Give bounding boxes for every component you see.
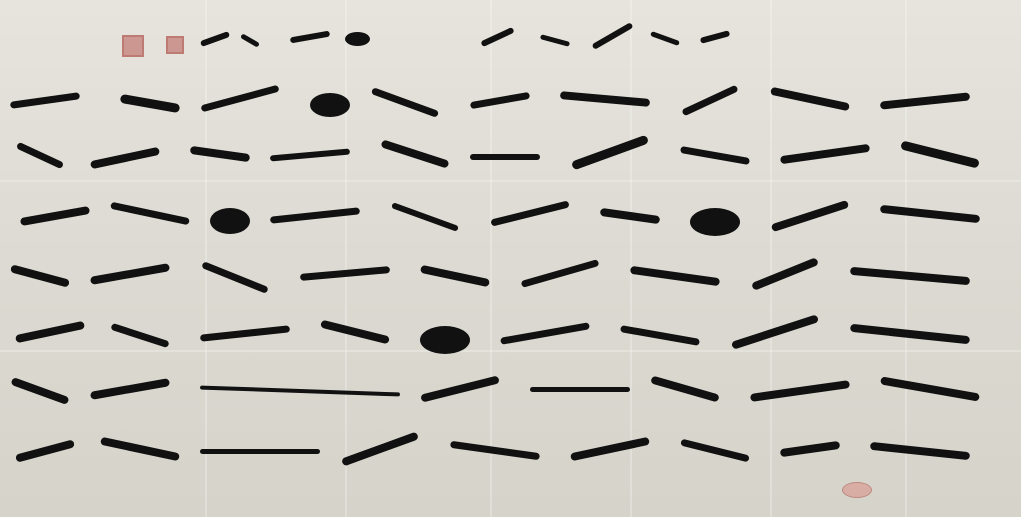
calligraphy-row (0, 200, 1021, 250)
calligraphy-row (0, 28, 1021, 78)
calligraphy-row (0, 260, 1021, 310)
calligraphy-row (0, 435, 1021, 485)
calligraphy-row (0, 375, 1021, 425)
calligraphy-row (0, 318, 1021, 368)
calligraphy-row (0, 140, 1021, 190)
calligraphy-row (0, 85, 1021, 135)
calligraphy-paper (0, 0, 1021, 517)
